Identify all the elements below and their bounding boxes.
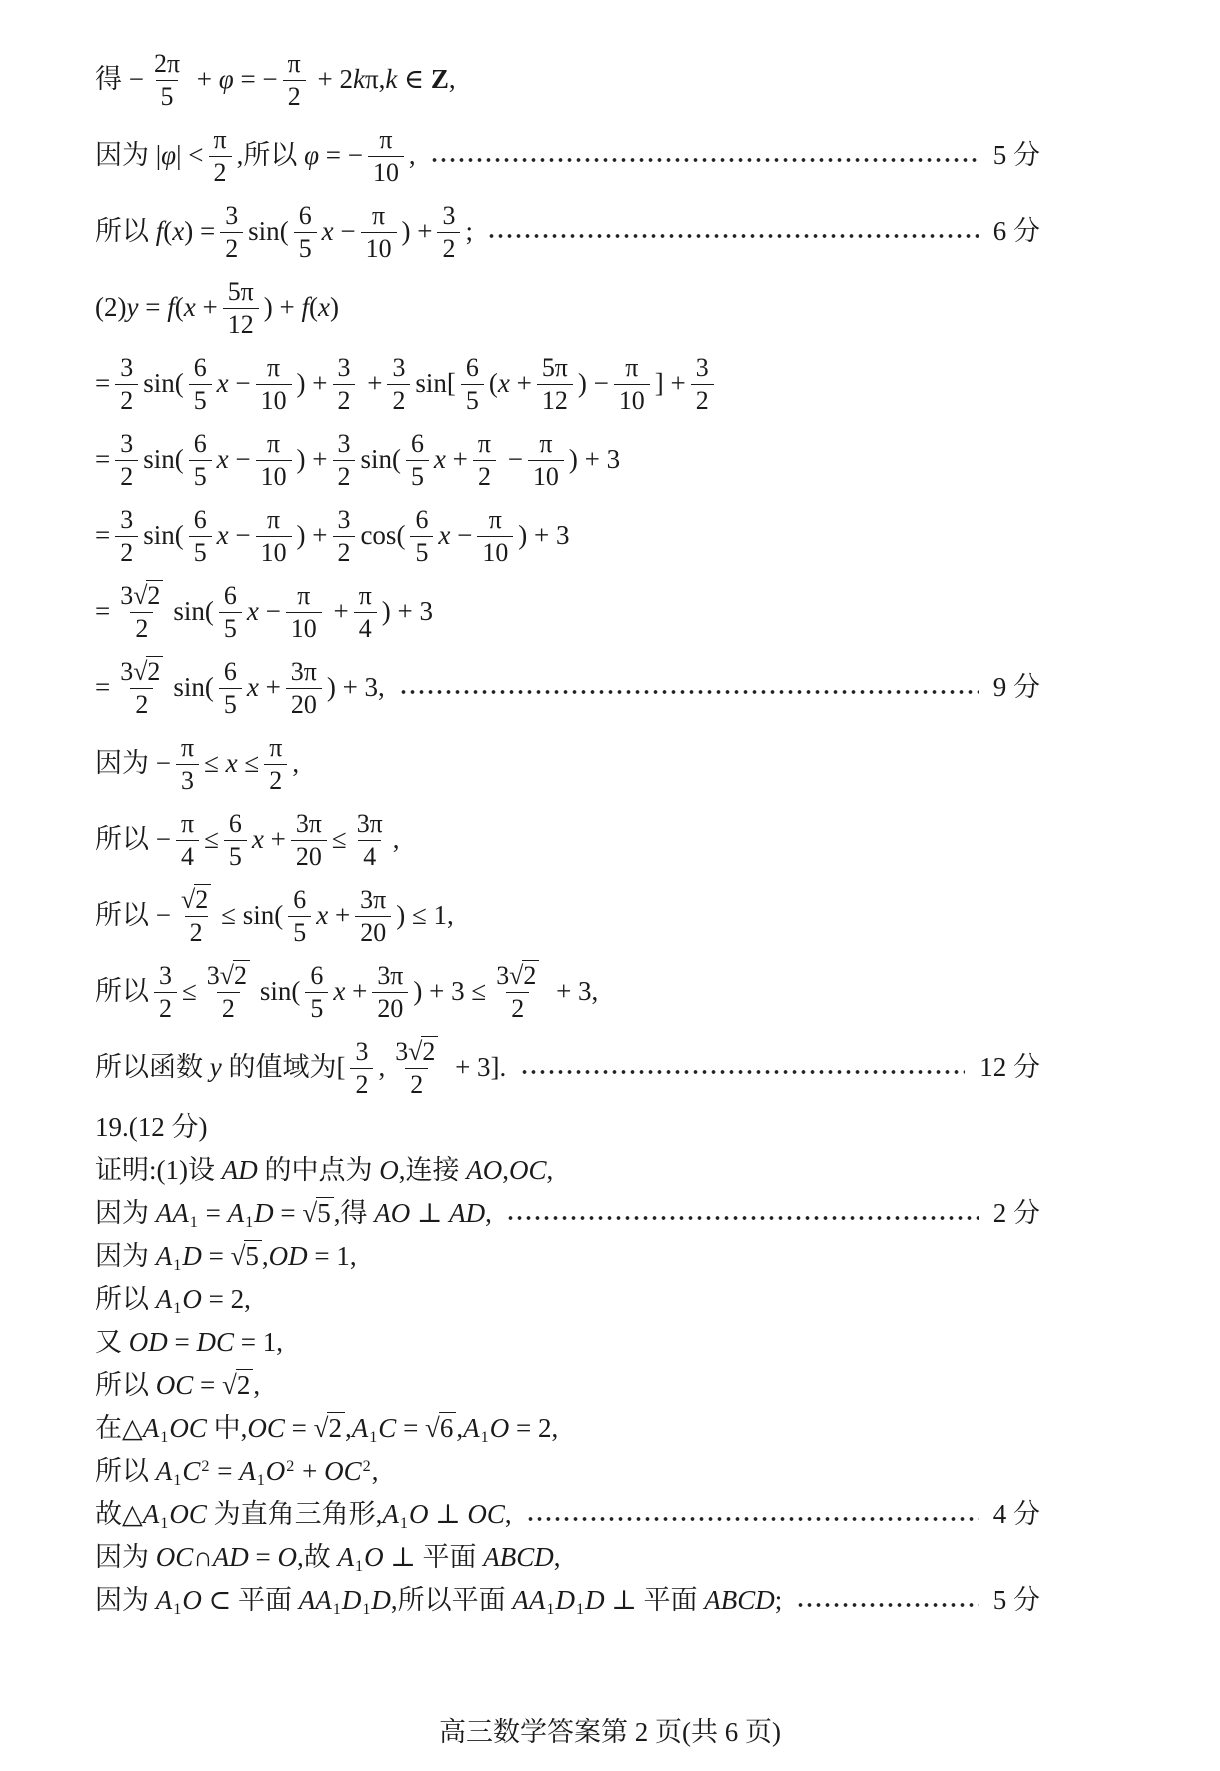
math-text: ) + 3: [518, 519, 569, 553]
math-text: sin(: [173, 595, 214, 629]
dotted-leader: [526, 1516, 979, 1522]
math-text: x −: [438, 519, 472, 553]
math-text: =: [95, 595, 110, 629]
math-text: ) ≤ 1,: [396, 899, 454, 933]
math-text: (x +: [489, 367, 532, 401]
math-text: (2)y = f(x +: [95, 291, 218, 325]
math-text: ,: [409, 139, 416, 173]
math-text: sin(: [360, 443, 401, 477]
math-text: ) +: [402, 215, 433, 249]
solution-line: 因为 A1O ⊂ 平面 AA1D1D,所以平面 AA1D1D ⊥ 平面 ABCD…: [95, 1579, 1040, 1622]
math-text: x +: [434, 443, 468, 477]
fraction: 3√22: [115, 658, 168, 717]
math-text: 因为 |φ| <: [95, 139, 203, 173]
fraction: 3π20: [355, 886, 391, 945]
fraction: π10: [256, 506, 292, 565]
fraction: π2: [473, 430, 496, 489]
fraction: 32: [333, 430, 356, 489]
solution-lines: 得 −2π5 + φ = −π2 + 2kπ,k ∈ Z,因为 |φ| <π2,…: [95, 42, 1040, 1622]
solution-line: 所以32≤3√22sin(65x +3π20) + 3 ≤3√22 + 3,: [95, 954, 1040, 1030]
math-text: ≤: [332, 823, 347, 857]
solution-line: 所以 OC = √2,: [95, 1364, 1040, 1407]
dotted-leader: [506, 1215, 979, 1221]
math-text: 证明:(1)设 AD 的中点为 O,连接 AO,OC,: [95, 1154, 553, 1188]
solution-line: 因为 OC∩AD = O,故 A1O ⊥ 平面 ABCD,: [95, 1536, 1040, 1579]
solution-line: 所以 A1C2 = A1O2 + OC2,: [95, 1450, 1040, 1493]
math-text: 因为 A1D = √5,OD = 1,: [95, 1240, 357, 1274]
math-text: sin(: [248, 215, 289, 249]
math-text: 所以函数 y 的值域为[: [95, 1051, 345, 1085]
math-text: 所以 −: [95, 823, 171, 857]
math-text: + 3].: [448, 1051, 506, 1085]
solution-line: 因为 −π3≤ x ≤π2,: [95, 726, 1040, 802]
fraction: 32: [333, 506, 356, 565]
sqrt-radical: √5: [231, 1240, 262, 1271]
fraction: 3π20: [291, 810, 327, 869]
fraction: 65: [189, 354, 212, 413]
math-text: ) +: [297, 519, 328, 553]
fraction: 3π20: [286, 658, 322, 717]
math-text: 所以: [95, 975, 149, 1009]
sqrt-radical: √2: [222, 1369, 253, 1400]
solution-line: 证明:(1)设 AD 的中点为 O,连接 AO,OC,: [95, 1149, 1040, 1192]
math-text: x +: [252, 823, 286, 857]
dotted-leader: [487, 233, 979, 239]
fraction: 65: [305, 962, 328, 1021]
math-text: sin(: [260, 975, 301, 1009]
fraction: 3√22: [390, 1038, 443, 1097]
solution-line: =32sin(65x −π10) +32sin(65x +π2 −π10) + …: [95, 422, 1040, 498]
fraction: 32: [115, 506, 138, 565]
solution-line: 所以 −π4≤65x +3π20≤3π4,: [95, 802, 1040, 878]
math-text: ) + 3: [569, 443, 620, 477]
sqrt-radical: √2: [509, 960, 539, 990]
math-text: −: [501, 443, 523, 477]
dotted-leader: [399, 689, 979, 695]
fraction: π4: [354, 582, 377, 641]
math-text: 得 −: [95, 63, 144, 97]
math-text: x −: [247, 595, 281, 629]
math-text: ;: [465, 215, 473, 249]
score-label: 4 分: [993, 1498, 1040, 1532]
solution-line: 因为 AA1 = A1D = √5,得 AO ⊥ AD,2 分: [95, 1192, 1040, 1235]
fraction: 32: [437, 202, 460, 261]
math-text: 所以 f(x) =: [95, 215, 215, 249]
fraction: 32: [115, 354, 138, 413]
score-label: 9 分: [993, 671, 1040, 705]
fraction: π10: [528, 430, 564, 489]
math-text: cos(: [360, 519, 405, 553]
score-label: 6 分: [993, 215, 1040, 249]
math-text: ) −: [578, 367, 609, 401]
fraction: π3: [176, 734, 199, 793]
solution-line: =32sin(65x −π10) +32 +32sin[65(x +5π12) …: [95, 346, 1040, 422]
math-text: 故△A1OC 为直角三角形,A1O ⊥ OC,: [95, 1498, 512, 1532]
sqrt-radical: √2: [181, 884, 211, 914]
sqrt-radical: √2: [220, 960, 250, 990]
fraction: π10: [361, 202, 397, 261]
fraction: 65: [189, 506, 212, 565]
sqrt-radical: √2: [314, 1412, 345, 1443]
fraction: 65: [294, 202, 317, 261]
sqrt-radical: √6: [425, 1412, 456, 1443]
dotted-leader: [796, 1602, 978, 1608]
fraction: 3√22: [115, 582, 168, 641]
score-label: 5 分: [993, 139, 1040, 173]
math-text: 因为 A1O ⊂ 平面 AA1D1D,所以平面 AA1D1D ⊥ 平面 ABCD…: [95, 1584, 782, 1618]
fraction: 65: [288, 886, 311, 945]
answer-sheet-page: 得 −2π5 + φ = −π2 + 2kπ,k ∈ Z,因为 |φ| <π2,…: [0, 0, 1220, 1771]
dotted-leader: [430, 157, 979, 163]
page-footer: 高三数学答案第 2 页(共 6 页): [0, 1710, 1220, 1749]
fraction: 65: [219, 582, 242, 641]
math-text: ) + 3: [382, 595, 433, 629]
fraction: 32: [350, 1038, 373, 1097]
fraction: √22: [176, 886, 216, 945]
math-text: ,: [393, 823, 400, 857]
solution-line: 因为 |φ| <π2,所以 φ = −π10,5 分: [95, 118, 1040, 194]
math-text: 在△A1OC 中,OC = √2,A1C = √6,A1O = 2,: [95, 1412, 558, 1446]
fraction: 3π20: [372, 962, 408, 1021]
math-text: x +: [333, 975, 367, 1009]
math-text: x −: [217, 367, 251, 401]
solution-line: 19.(12 分): [95, 1106, 1040, 1149]
solution-line: =32sin(65x −π10) +32cos(65x −π10) + 3: [95, 498, 1040, 574]
math-text: 因为 −: [95, 747, 171, 781]
math-text: ) +: [297, 443, 328, 477]
math-text: 所以 −: [95, 899, 171, 933]
math-text: ,: [292, 747, 299, 781]
math-text: x −: [322, 215, 356, 249]
math-text: =: [95, 519, 110, 553]
solution-line: 所以函数 y 的值域为[32,3√22 + 3].12 分: [95, 1030, 1040, 1106]
math-text: ,所以 φ = −: [237, 139, 363, 173]
math-text: sin(: [143, 367, 184, 401]
math-text: x +: [316, 899, 350, 933]
fraction: 65: [224, 810, 247, 869]
math-text: ,: [378, 1051, 385, 1085]
math-text: 又 OD = DC = 1,: [95, 1326, 283, 1360]
solution-line: =3√22sin(65x −π10 +π4) + 3: [95, 574, 1040, 650]
fraction: 3√22: [202, 962, 255, 1021]
fraction: 65: [410, 506, 433, 565]
math-text: ) + 3 ≤: [413, 975, 486, 1009]
fraction: π4: [176, 810, 199, 869]
fraction: π10: [614, 354, 650, 413]
math-text: x −: [217, 443, 251, 477]
math-text: =: [95, 367, 110, 401]
fraction: 32: [691, 354, 714, 413]
math-text: 因为 AA1 = A1D = √5,得 AO ⊥ AD,: [95, 1197, 492, 1231]
math-text: =: [95, 671, 110, 705]
math-text: ≤ sin(: [221, 899, 283, 933]
math-text: 所以 OC = √2,: [95, 1369, 260, 1403]
solution-line: =3√22sin(65x +3π20) + 3,9 分: [95, 650, 1040, 726]
fraction: 5π12: [537, 354, 573, 413]
math-text: ≤: [182, 975, 197, 1009]
dotted-leader: [520, 1069, 965, 1075]
fraction: 65: [461, 354, 484, 413]
score-label: 12 分: [979, 1051, 1040, 1085]
math-text: ) + f(x): [264, 291, 339, 325]
fraction: π10: [286, 582, 322, 641]
fraction: π10: [477, 506, 513, 565]
solution-line: 所以 A1O = 2,: [95, 1278, 1040, 1321]
sqrt-radical: √5: [302, 1197, 333, 1228]
math-text: +: [327, 595, 349, 629]
solution-line: (2)y = f(x +5π12) + f(x): [95, 270, 1040, 346]
fraction: π2: [264, 734, 287, 793]
fraction: π10: [256, 430, 292, 489]
solution-line: 所以 −√22≤ sin(65x +3π20) ≤ 1,: [95, 878, 1040, 954]
fraction: 65: [189, 430, 212, 489]
math-text: + φ = −: [190, 63, 278, 97]
fraction: 32: [333, 354, 356, 413]
math-text: =: [95, 443, 110, 477]
fraction: 32: [387, 354, 410, 413]
fraction: 65: [406, 430, 429, 489]
solution-line: 得 −2π5 + φ = −π2 + 2kπ,k ∈ Z,: [95, 42, 1040, 118]
math-text: ) + 3,: [327, 671, 385, 705]
math-text: x −: [217, 519, 251, 553]
math-text: + 3,: [549, 975, 598, 1009]
fraction: π2: [208, 126, 231, 185]
math-text: ≤: [204, 823, 219, 857]
sqrt-radical: √2: [408, 1036, 438, 1066]
score-label: 2 分: [993, 1197, 1040, 1231]
fraction: 32: [220, 202, 243, 261]
solution-line: 因为 A1D = √5,OD = 1,: [95, 1235, 1040, 1278]
math-text: ] +: [655, 367, 686, 401]
solution-line: 故△A1OC 为直角三角形,A1O ⊥ OC,4 分: [95, 1493, 1040, 1536]
math-text: ≤ x ≤: [204, 747, 259, 781]
math-text: sin(: [173, 671, 214, 705]
solution-line: 所以 f(x) =32sin(65x −π10) +32;6 分: [95, 194, 1040, 270]
fraction: 3√22: [491, 962, 544, 1021]
solution-line: 在△A1OC 中,OC = √2,A1C = √6,A1O = 2,: [95, 1407, 1040, 1450]
fraction: π10: [368, 126, 404, 185]
math-text: +: [360, 367, 382, 401]
fraction: π10: [256, 354, 292, 413]
math-text: 所以 A1O = 2,: [95, 1283, 251, 1317]
math-text: sin[: [415, 367, 456, 401]
solution-line: 又 OD = DC = 1,: [95, 1321, 1040, 1364]
sqrt-radical: √2: [133, 656, 163, 686]
fraction: 3π4: [352, 810, 388, 869]
math-text: x +: [247, 671, 281, 705]
sqrt-radical: √2: [133, 580, 163, 610]
fraction: 32: [154, 962, 177, 1021]
fraction: 5π12: [223, 278, 259, 337]
math-text: ) +: [297, 367, 328, 401]
math-text: 所以 A1C2 = A1O2 + OC2,: [95, 1455, 378, 1489]
math-text: 因为 OC∩AD = O,故 A1O ⊥ 平面 ABCD,: [95, 1541, 561, 1575]
score-label: 5 分: [993, 1584, 1040, 1618]
math-text: 19.(12 分): [95, 1111, 207, 1145]
math-text: sin(: [143, 519, 184, 553]
math-text: sin(: [143, 443, 184, 477]
fraction: 32: [115, 430, 138, 489]
math-text: + 2kπ,k ∈ Z,: [311, 63, 456, 97]
fraction: 65: [219, 658, 242, 717]
fraction: 2π5: [149, 50, 185, 109]
fraction: π2: [283, 50, 306, 109]
